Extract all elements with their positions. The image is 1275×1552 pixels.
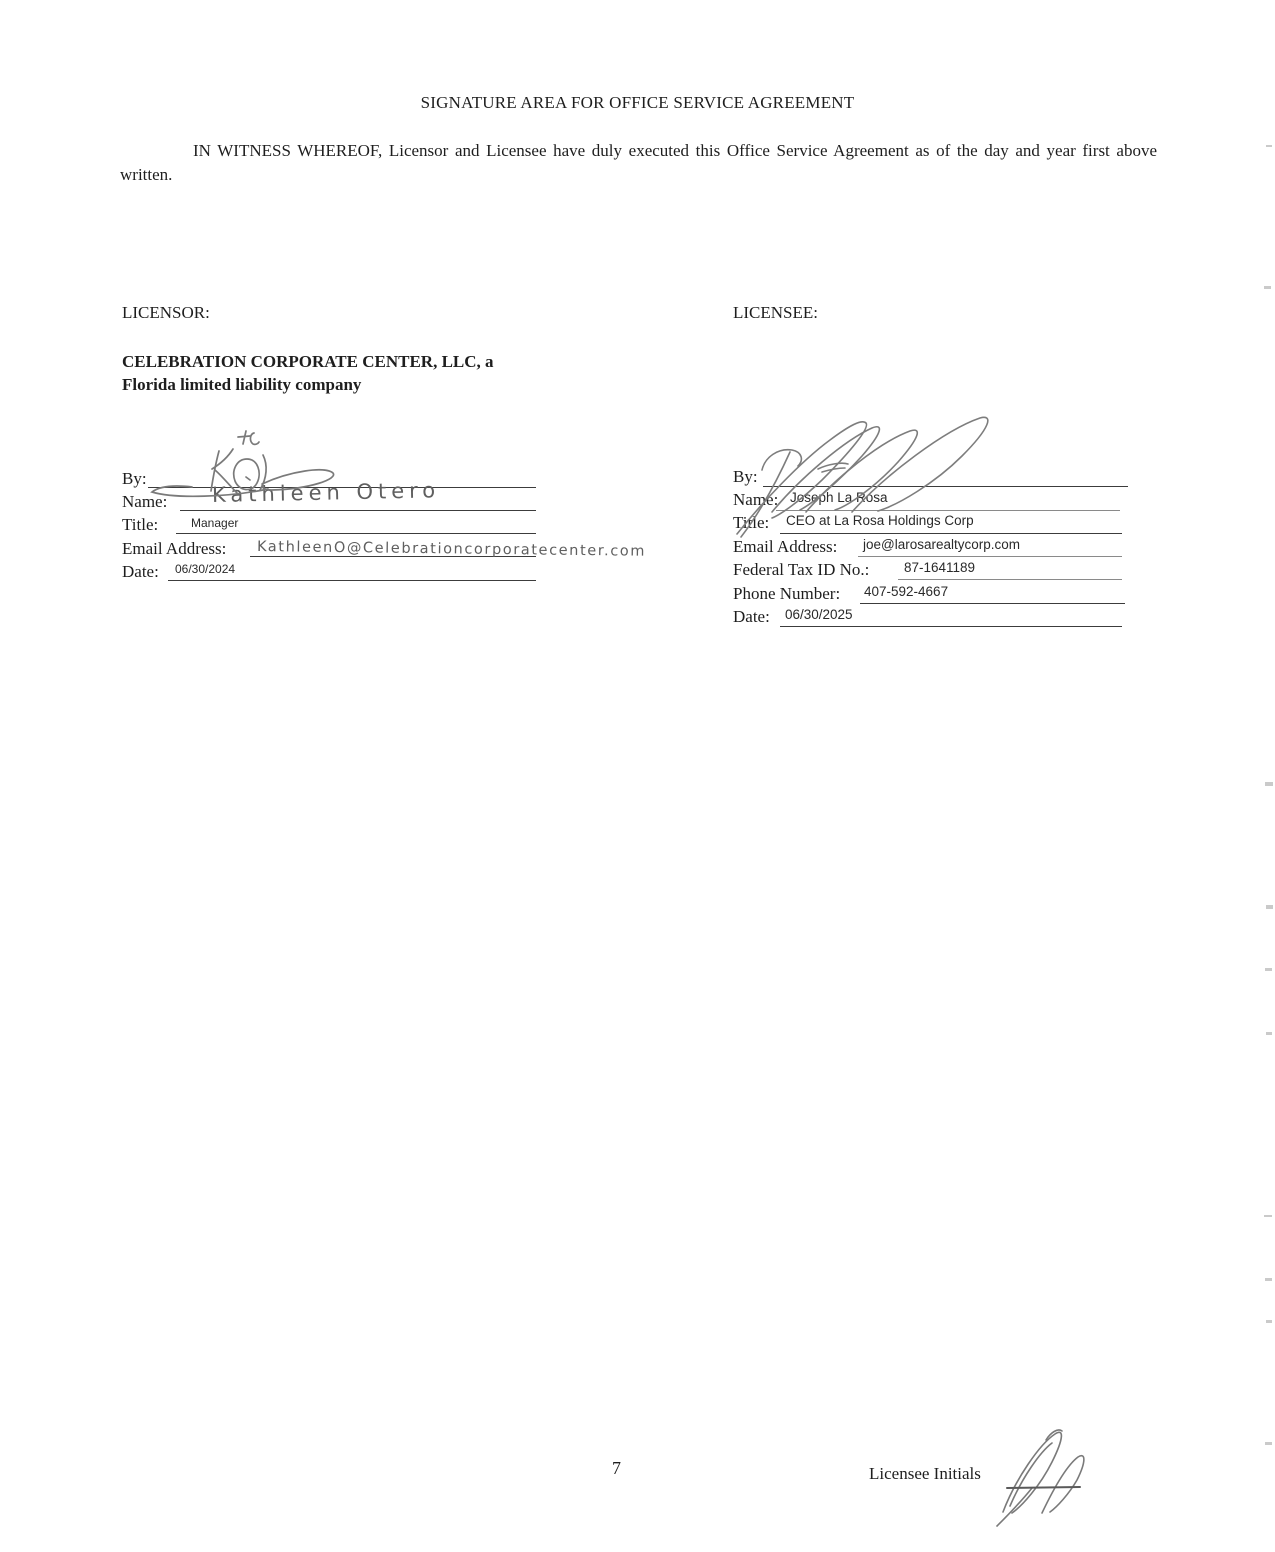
licensee-email-value: joe@larosarealtycorp.com	[863, 537, 1020, 552]
licensor-date-label: Date:	[122, 562, 159, 582]
licensee-fed-tax-line	[898, 579, 1122, 580]
scan-artifact	[1264, 1215, 1272, 1217]
licensee-name-value: Joseph La Rosa	[790, 490, 888, 505]
licensor-title-value: Manager	[191, 516, 238, 530]
document-page: SIGNATURE AREA FOR OFFICE SERVICE AGREEM…	[0, 0, 1275, 1552]
licensee-fed-tax-value: 87-1641189	[904, 560, 975, 575]
scan-artifact	[1265, 782, 1273, 786]
company-line-2: Florida limited liability company	[122, 373, 494, 396]
licensee-heading: LICENSEE:	[733, 303, 818, 323]
scan-artifact	[1265, 1278, 1272, 1281]
page-number: 7	[612, 1458, 621, 1479]
company-line-1: CELEBRATION CORPORATE CENTER, LLC, a	[122, 350, 494, 373]
licensor-email-label: Email Address:	[122, 539, 226, 559]
licensee-by-line	[763, 486, 1128, 487]
scan-artifact	[1266, 905, 1273, 909]
licensee-phone-line	[860, 603, 1125, 604]
licensee-fed-tax-label: Federal Tax ID No.:	[733, 560, 869, 580]
licensee-title-label: Title:	[733, 513, 769, 533]
licensor-date-line	[168, 580, 536, 581]
scan-artifact	[1265, 968, 1272, 971]
licensor-name-label: Name:	[122, 492, 167, 512]
licensee-date-line	[780, 626, 1122, 627]
licensee-by-label: By:	[733, 467, 758, 487]
licensor-name-line	[180, 510, 536, 511]
licensor-by-label: By:	[122, 469, 147, 489]
scan-artifact	[1264, 286, 1271, 289]
licensee-email-line	[858, 556, 1122, 557]
scan-artifact	[1266, 1320, 1272, 1323]
licensee-email-label: Email Address:	[733, 537, 837, 557]
licensee-date-value: 06/30/2025	[785, 607, 853, 622]
licensee-name-label: Name:	[733, 490, 778, 510]
licensor-title-line	[176, 533, 536, 534]
licensee-phone-label: Phone Number:	[733, 584, 840, 604]
licensee-date-label: Date:	[733, 607, 770, 627]
scan-artifact	[1266, 145, 1272, 147]
licensee-phone-value: 407-592-4667	[864, 584, 948, 599]
licensor-title-label: Title:	[122, 515, 158, 535]
page-title: SIGNATURE AREA FOR OFFICE SERVICE AGREEM…	[0, 93, 1275, 113]
scan-artifact	[1265, 1442, 1272, 1445]
licensee-initials-scrawl	[990, 1420, 1100, 1535]
intro-paragraph: IN WITNESS WHEREOF, Licensor and License…	[120, 139, 1157, 187]
licensee-title-value: CEO at La Rosa Holdings Corp	[786, 513, 974, 528]
licensor-name-handwritten: Kathleen Otero	[212, 478, 441, 507]
scan-artifact	[1266, 1032, 1272, 1035]
licensor-date-value: 06/30/2024	[175, 562, 235, 576]
licensee-name-line	[776, 510, 1120, 511]
licensee-title-line	[780, 533, 1122, 534]
licensee-initials-label: Licensee Initials	[869, 1464, 981, 1484]
licensor-heading: LICENSOR:	[122, 303, 210, 323]
licensor-company-name: CELEBRATION CORPORATE CENTER, LLC, a Flo…	[122, 350, 494, 396]
